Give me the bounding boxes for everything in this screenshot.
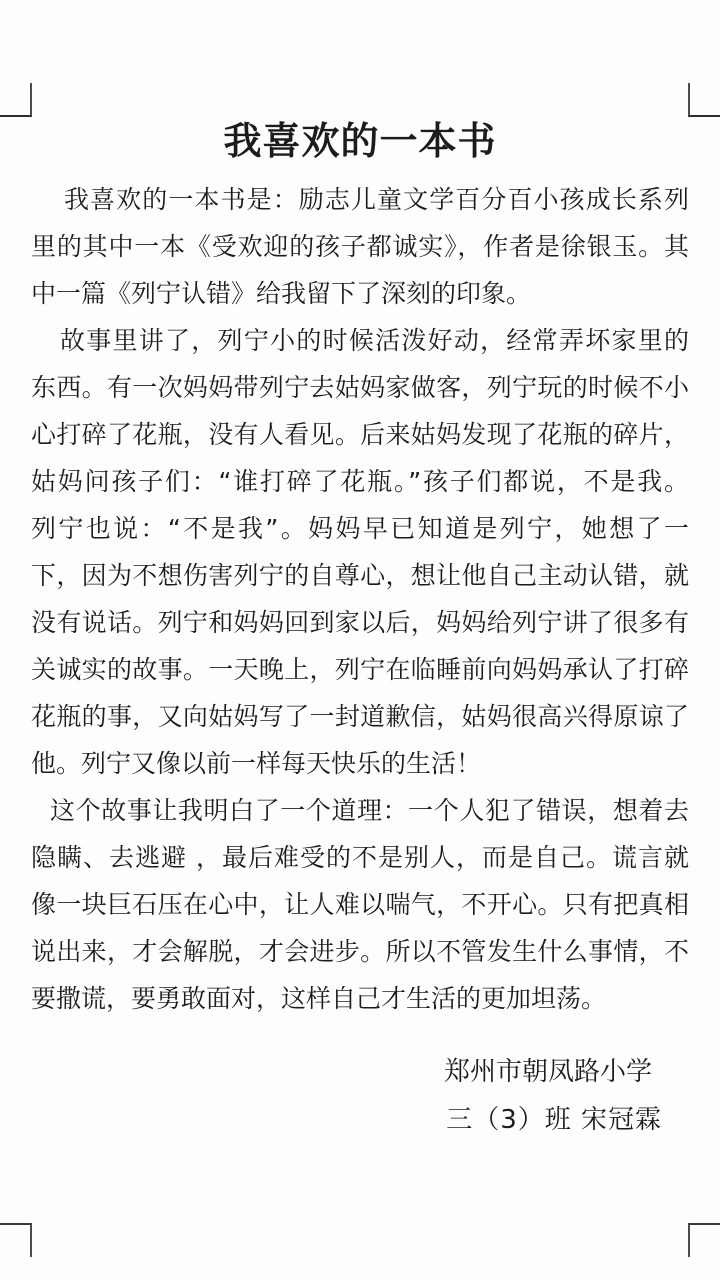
essay-line: 姑妈问孩子们：“谁打碎了花瓶。”孩子们都说，不是我。 xyxy=(31,458,689,505)
essay-line: 中一篇《列宁认错》给我留下了深刻的印象。 xyxy=(31,270,689,317)
document-page: 我喜欢的一本书 我喜欢的一本书是：励志儿童文学百分百小孩成长系列 里的其中一本《… xyxy=(0,0,720,1280)
crop-mark-top-right xyxy=(688,83,720,117)
essay-title: 我喜欢的一本书 xyxy=(0,117,720,165)
essay-line: 下，因为不想伤害列宁的自尊心，想让他自己主动认错，就 xyxy=(31,552,689,599)
essay-line: 没有说话。列宁和妈妈回到家以后，妈妈给列宁讲了很多有 xyxy=(31,599,689,646)
essay-body: 我喜欢的一本书是：励志儿童文学百分百小孩成长系列 里的其中一本《受欢迎的孩子都诚… xyxy=(31,176,689,1022)
crop-mark-bottom-right xyxy=(688,1223,720,1257)
essay-line: 列宁也说：“不是我”。妈妈早已知道是列宁，她想了一 xyxy=(31,505,689,552)
essay-line: 心打碎了花瓶，没有人看见。后来姑妈发现了花瓶的碎片， xyxy=(31,411,689,458)
signature-school: 郑州市朝凤路小学 xyxy=(31,1048,689,1096)
essay-line: 东西。有一次妈妈带列宁去姑妈家做客，列宁玩的时候不小 xyxy=(31,364,689,411)
essay-signature: 郑州市朝凤路小学 三（3）班 宋冠霖 xyxy=(31,1048,689,1144)
essay-line: 故事里讲了，列宁小的时候活泼好动，经常弄坏家里的 xyxy=(31,317,689,364)
essay-line: 隐瞒、去逃避 ，最后难受的不是别人，而是自己。谎言就 xyxy=(31,834,689,881)
essay-line: 要撒谎，要勇敢面对，这样自己才生活的更加坦荡。 xyxy=(31,975,689,1022)
essay-line: 这个故事让我明白了一个道理：一个人犯了错误，想着去 xyxy=(31,787,689,834)
essay-line: 我喜欢的一本书是：励志儿童文学百分百小孩成长系列 xyxy=(31,176,689,223)
essay-line: 关诚实的故事。一天晚上，列宁在临睡前向妈妈承认了打碎 xyxy=(31,646,689,693)
signature-class-author: 三（3）班 宋冠霖 xyxy=(31,1096,689,1144)
essay-line: 他。列宁又像以前一样每天快乐的生活！ xyxy=(31,740,689,787)
essay-line: 说出来，才会解脱，才会进步。所以不管发生什么事情，不 xyxy=(31,928,689,975)
essay-line: 像一块巨石压在心中，让人难以喘气，不开心。只有把真相 xyxy=(31,881,689,928)
essay-line: 花瓶的事，又向姑妈写了一封道歉信，姑妈很高兴得原谅了 xyxy=(31,693,689,740)
essay-line: 里的其中一本《受欢迎的孩子都诚实》，作者是徐银玉。其 xyxy=(31,223,689,270)
crop-mark-top-left xyxy=(0,83,32,117)
crop-mark-bottom-left xyxy=(0,1223,32,1257)
